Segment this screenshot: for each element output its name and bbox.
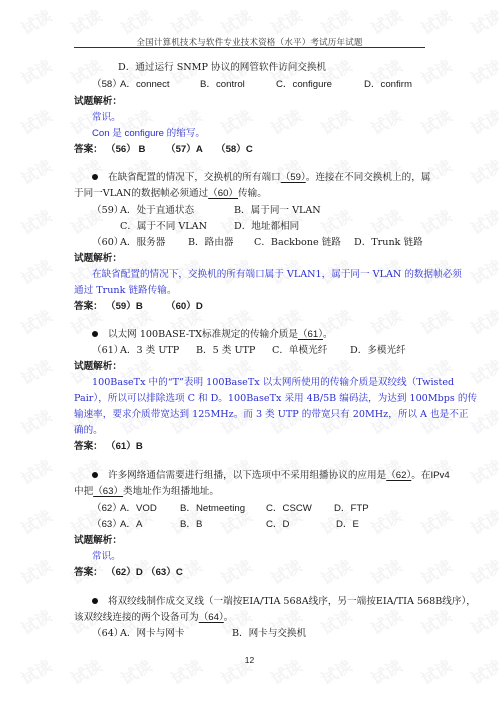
watermark-text: 试读 — [416, 504, 455, 540]
watermark-text: 试读 — [16, 604, 55, 640]
answer-label: 答案： — [74, 301, 103, 313]
watermark-text: 试读 — [416, 204, 455, 240]
q60-option-a: A．服务器 — [120, 237, 165, 249]
q60-option-c: C．Backbone 链路 — [254, 237, 341, 249]
watermark-text: 试读 — [416, 604, 455, 640]
watermark-text: 试读 — [366, 4, 405, 40]
watermark-text: 试读 — [416, 304, 455, 340]
answer-value: （62）D — [106, 567, 143, 579]
watermark-text: 试读 — [116, 4, 155, 40]
analysis-label: 试题解析： — [74, 253, 122, 265]
q63-number: （63） — [92, 519, 122, 531]
analysis-text: 100BaseTx 中的“T”表明 100BaseTx 以太网所使用的传输介质是… — [92, 377, 454, 389]
q61-option-c: C．单模光纤 — [272, 345, 327, 357]
watermark-text: 试读 — [16, 204, 55, 240]
q63-option-c: C．D — [266, 519, 289, 531]
watermark-text: 试读 — [16, 104, 55, 140]
watermark-text: 试读 — [16, 554, 55, 590]
q61-option-d: D．多模光纤 — [350, 345, 406, 357]
analysis-text: 在缺省配置的情况下，交换机的所有端口属于 VLAN1，属于同一 VLAN 的数据… — [92, 269, 462, 281]
watermark-text: 试读 — [366, 504, 405, 540]
answer-value: （59）B — [106, 301, 143, 313]
answer-label: 答案： — [74, 144, 103, 156]
watermark-text: 试读 — [466, 204, 499, 240]
q61-option-b: B．5 类 UTP — [196, 345, 255, 357]
bullet-icon — [92, 598, 98, 604]
q64-number: （64） — [92, 628, 123, 640]
q59-option-c: C．属于不同 VLAN — [120, 221, 207, 233]
q64-option-a: A．网卡与网卡 — [120, 628, 185, 640]
watermark-text: 试读 — [316, 4, 355, 40]
answer-value: （56） B — [106, 144, 145, 156]
q60-option-d: D．Trunk 链路 — [354, 237, 423, 249]
header-divider — [74, 47, 425, 48]
watermark-text: 试读 — [466, 104, 499, 140]
watermark-text: 试读 — [316, 604, 355, 640]
watermark-text: 试读 — [16, 154, 55, 190]
q58-option-b: B．control — [200, 79, 245, 91]
blank-61: （61） — [298, 329, 323, 340]
watermark-text: 试读 — [16, 354, 55, 390]
q60-option-b: B．路由器 — [188, 237, 233, 249]
q64-option-b: B．网卡与交换机 — [232, 628, 306, 640]
watermark-text: 试读 — [366, 104, 405, 140]
analysis-text: 常识。 — [92, 112, 121, 124]
watermark-text: 试读 — [466, 304, 499, 340]
question-stem-64-cont: 该双绞线连接的两个设备可为（64）。 — [74, 612, 233, 624]
q62-option-b: B．Netmeeting — [180, 503, 245, 515]
watermark-text: 试读 — [466, 354, 499, 390]
watermark-text: 试读 — [216, 104, 255, 140]
watermark-text: 试读 — [266, 4, 305, 40]
watermark-text: 试读 — [16, 454, 55, 490]
watermark-text: 试读 — [16, 504, 55, 540]
blank-60: （60） — [208, 188, 238, 199]
q63-option-d: D．E — [336, 519, 359, 531]
q61-number: （61） — [92, 345, 123, 357]
bullet-icon — [92, 472, 98, 478]
q59-option-a: A．处于直通状态 — [120, 205, 194, 217]
watermark-text: 试读 — [466, 154, 499, 190]
question-stem-62: 许多网络通信需要进行组播，以下选项中不采用组播协议的应用是（62）。在IPv4 — [92, 470, 450, 482]
q58-option-d: D．confirm — [364, 79, 412, 91]
q57-option-d: D．通过运行 SNMP 协议的网管软件访问交换机 — [118, 62, 326, 74]
watermark-text: 试读 — [416, 54, 455, 90]
watermark-text: 试读 — [266, 104, 305, 140]
analysis-text: 通过 Trunk 链路传输。 — [74, 285, 176, 297]
watermark-text: 试读 — [216, 4, 255, 40]
answer-value: （60）D — [166, 301, 203, 313]
analysis-text: Con 是 configure 的缩写。 — [92, 128, 205, 140]
blank-62: （62） — [386, 470, 411, 481]
analysis-text: 常识。 — [92, 551, 121, 563]
watermark-text: 试读 — [166, 4, 205, 40]
analysis-text: Pair），所以可以排除选项 C 和 D。100BaseTx 采用 4B/5B … — [74, 393, 477, 405]
question-stem-59: 在缺省配置的情况下，交换机的所有端口（59）。连接在不同交换机上的，属 — [92, 172, 430, 184]
watermark-text: 试读 — [466, 604, 499, 640]
q59-option-d: D．地址都相同 — [234, 221, 299, 233]
q62-option-a: A．VOD — [120, 503, 157, 515]
analysis-label: 试题解析： — [74, 535, 122, 547]
answer-value: （58）C — [216, 144, 253, 156]
watermark-text: 试读 — [366, 204, 405, 240]
watermark-text: 试读 — [16, 404, 55, 440]
q61-option-a: A．3 类 UTP — [120, 345, 179, 357]
watermark-text: 试读 — [466, 504, 499, 540]
watermark-text: 试读 — [466, 254, 499, 290]
q59-option-b: B．属于同一 VLAN — [234, 205, 321, 217]
watermark-text: 试读 — [16, 54, 55, 90]
blank-63: （63） — [93, 486, 123, 497]
watermark-text: 试读 — [366, 554, 405, 590]
watermark-text: 试读 — [316, 204, 355, 240]
watermark-text: 试读 — [366, 604, 405, 640]
watermark-text: 试读 — [466, 404, 499, 440]
analysis-text: 确的。 — [74, 425, 103, 437]
watermark-text: 试读 — [416, 554, 455, 590]
watermark-text: 试读 — [466, 4, 499, 40]
analysis-label: 试题解析： — [74, 361, 122, 373]
analysis-text: 输速率，要求介质带宽达到 125MHz。而 3 类 UTP 的带宽只有 20MH… — [74, 409, 468, 421]
watermark-text: 试读 — [216, 554, 255, 590]
watermark-text: 试读 — [416, 104, 455, 140]
watermark-text: 试读 — [466, 554, 499, 590]
watermark-text: 试读 — [416, 4, 455, 40]
q62-option-d: D．FTP — [334, 503, 369, 515]
q63-option-a: A．A — [120, 519, 142, 531]
question-stem-64: 将双绞线制作成交叉线（一端按EIA/TIA 568A线序，另一端按EIA/TIA… — [92, 596, 476, 608]
q59-number: （59） — [92, 205, 123, 217]
analysis-label: 试题解析： — [74, 96, 122, 108]
watermark-text: 试读 — [466, 54, 499, 90]
blank-64: （64） — [199, 612, 224, 623]
watermark-text: 试读 — [16, 4, 55, 40]
watermark-text: 试读 — [366, 304, 405, 340]
q58-number: （58） — [92, 79, 122, 91]
watermark-text: 试读 — [316, 554, 355, 590]
q58-option-a: A．connect — [120, 79, 170, 91]
answer-label: 答案： — [74, 441, 103, 453]
question-stem-63: 中把（63）类地址作为组播地址。 — [74, 486, 219, 498]
answer-value: （63）C — [146, 567, 183, 579]
q62-number: （62） — [92, 503, 122, 515]
watermark-text: 试读 — [16, 254, 55, 290]
answer-value: （57）A — [166, 144, 203, 156]
watermark-text: 试读 — [316, 104, 355, 140]
question-stem-60: 于同一VLAN的数据帧必须通过（60）传输。 — [74, 188, 267, 200]
watermark-text: 试读 — [266, 554, 305, 590]
q60-number: （60） — [92, 237, 123, 249]
answer-value: （61）B — [106, 441, 143, 453]
answer-label: 答案： — [74, 567, 103, 579]
q62-option-c: C．CSCW — [266, 503, 312, 515]
watermark-text: 试读 — [16, 304, 55, 340]
blank-59: （59） — [281, 172, 306, 183]
q58-option-c: C．configure — [276, 79, 332, 91]
q63-option-b: B．B — [180, 519, 202, 531]
bullet-icon — [92, 174, 98, 180]
question-stem-61: 以太网 100BASE-TX标准规定的传输介质是（61）。 — [92, 329, 333, 341]
page-number: 12 — [0, 655, 499, 665]
watermark-text: 试读 — [466, 454, 499, 490]
bullet-icon — [92, 331, 98, 337]
watermark-text: 试读 — [66, 4, 105, 40]
